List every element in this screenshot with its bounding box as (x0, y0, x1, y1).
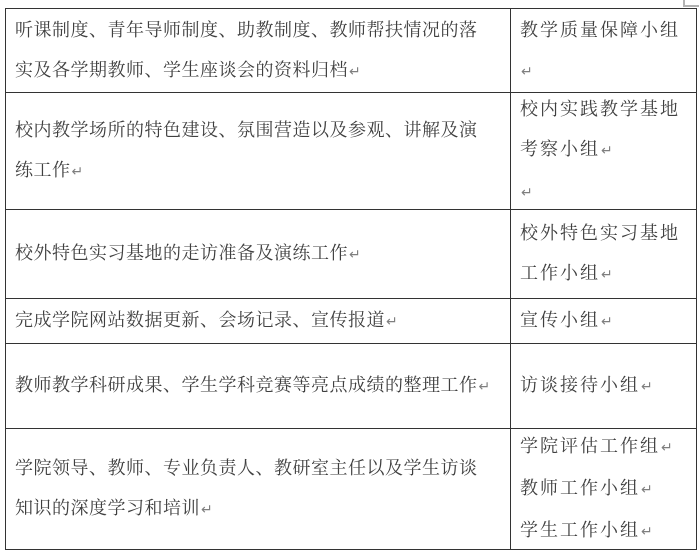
paragraph-mark-icon: ↵ (386, 314, 398, 330)
paragraph-text: 校内实践教学基地 考察小组 (520, 99, 680, 159)
paragraph-text: 学生工作小组 (520, 520, 640, 540)
paragraph: 校内实践教学基地 考察小组↵ (520, 93, 690, 171)
task-cell[interactable]: 完成学院网站数据更新、会场记录、宣传报道↵ (6, 299, 511, 344)
paragraph-mark-icon: ↵ (601, 314, 613, 330)
paragraph-mark-icon: ↵ (601, 267, 613, 283)
paragraph-text: 听课制度、青年导师制度、助教制度、教师帮扶情况的落 实及各学期教师、学生座谈会的… (15, 20, 478, 80)
group-cell[interactable]: 校内实践教学基地 考察小组↵↵ (511, 93, 697, 210)
task-cell[interactable]: 校内教学场所的特色建设、氛围营造以及参观、讲解及演 练工作↵ (6, 93, 511, 210)
group-cell[interactable]: 访谈接待小组↵ (511, 344, 697, 429)
paragraph-mark-icon: ↵ (521, 64, 533, 80)
paragraph-text: 教师教学科研成果、学生学科竞赛等亮点成绩的整理工作 (15, 375, 478, 395)
paragraph-mark-icon: ↵ (201, 502, 213, 518)
paragraph-text: 完成学院网站数据更新、会场记录、宣传报道 (15, 310, 385, 330)
task-cell[interactable]: 听课制度、青年导师制度、助教制度、教师帮扶情况的落 实及各学期教师、学生座谈会的… (6, 9, 511, 93)
group-cell[interactable]: 学院评估工作组↵教师工作小组↵学生工作小组↵ (511, 429, 697, 550)
paragraph-mark-icon: ↵ (601, 143, 613, 159)
paragraph: ↵ (520, 171, 690, 210)
paragraph: 学院领导、教师、专业负责人、教研室主任以及学生访谈 知识的深度学习和培训↵ (15, 448, 504, 530)
paragraph: 学生工作小组↵ (520, 510, 690, 550)
paragraph-mark-icon: ↵ (72, 164, 84, 180)
paragraph-mark-icon: ↵ (641, 524, 653, 540)
paragraph-text: 教师工作小组 (520, 478, 640, 498)
task-cell[interactable]: 教师教学科研成果、学生学科竞赛等亮点成绩的整理工作↵ (6, 344, 511, 429)
paragraph-mark-icon: ↵ (521, 185, 533, 201)
task-cell[interactable]: 校外特色实习基地的走访准备及演练工作↵ (6, 210, 511, 299)
paragraph: 教师教学科研成果、学生学科竞赛等亮点成绩的整理工作↵ (15, 365, 504, 407)
paragraph-text: 校内教学场所的特色建设、氛围营造以及参观、讲解及演 练工作 (15, 120, 478, 180)
task-cell[interactable]: 学院领导、教师、专业负责人、教研室主任以及学生访谈 知识的深度学习和培训↵ (6, 429, 511, 550)
paragraph-mark-icon: ↵ (349, 247, 361, 263)
group-cell[interactable]: 教学质量保障小组↵ (511, 9, 697, 93)
paragraph: 校外特色实习基地的走访准备及演练工作↵ (15, 233, 504, 275)
assignment-table: 听课制度、青年导师制度、助教制度、教师帮扶情况的落 实及各学期教师、学生座谈会的… (5, 8, 697, 550)
paragraph: 教师工作小组↵ (520, 468, 690, 510)
paragraph: 学院评估工作组↵ (520, 429, 690, 468)
paragraph-text: 访谈接待小组 (520, 375, 640, 395)
paragraph-text: 教学质量保障小组 (520, 20, 680, 40)
gray-corner-decoration (683, 0, 699, 7)
paragraph-text: 学院评估工作组 (520, 436, 660, 456)
paragraph-text: 校外特色实习基地的走访准备及演练工作 (15, 243, 348, 263)
paragraph-mark-icon: ↵ (349, 64, 361, 80)
paragraph: 校外特色实习基地 工作小组↵ (520, 213, 690, 295)
paragraph: 宣传小组↵ (520, 300, 690, 342)
group-cell[interactable]: 宣传小组↵ (511, 299, 697, 344)
paragraph: 完成学院网站数据更新、会场记录、宣传报道↵ (15, 300, 504, 342)
group-cell[interactable]: 校外特色实习基地 工作小组↵ (511, 210, 697, 299)
paragraph-mark-icon: ↵ (641, 482, 653, 498)
paragraph-text: 学院领导、教师、专业负责人、教研室主任以及学生访谈 知识的深度学习和培训 (15, 458, 478, 518)
paragraph: 校内教学场所的特色建设、氛围营造以及参观、讲解及演 练工作↵ (15, 110, 504, 192)
paragraph-mark-icon: ↵ (479, 379, 491, 395)
paragraph: 听课制度、青年导师制度、助教制度、教师帮扶情况的落 实及各学期教师、学生座谈会的… (15, 10, 504, 92)
document-page: 听课制度、青年导师制度、助教制度、教师帮扶情况的落 实及各学期教师、学生座谈会的… (0, 0, 700, 552)
paragraph-mark-icon: ↵ (661, 440, 673, 456)
paragraph: 访谈接待小组↵ (520, 365, 690, 407)
paragraph-mark-icon: ↵ (641, 379, 653, 395)
paragraph-text: 宣传小组 (520, 310, 600, 330)
paragraph: 教学质量保障小组↵ (520, 10, 690, 92)
paragraph-text: 校外特色实习基地 工作小组 (520, 223, 680, 283)
